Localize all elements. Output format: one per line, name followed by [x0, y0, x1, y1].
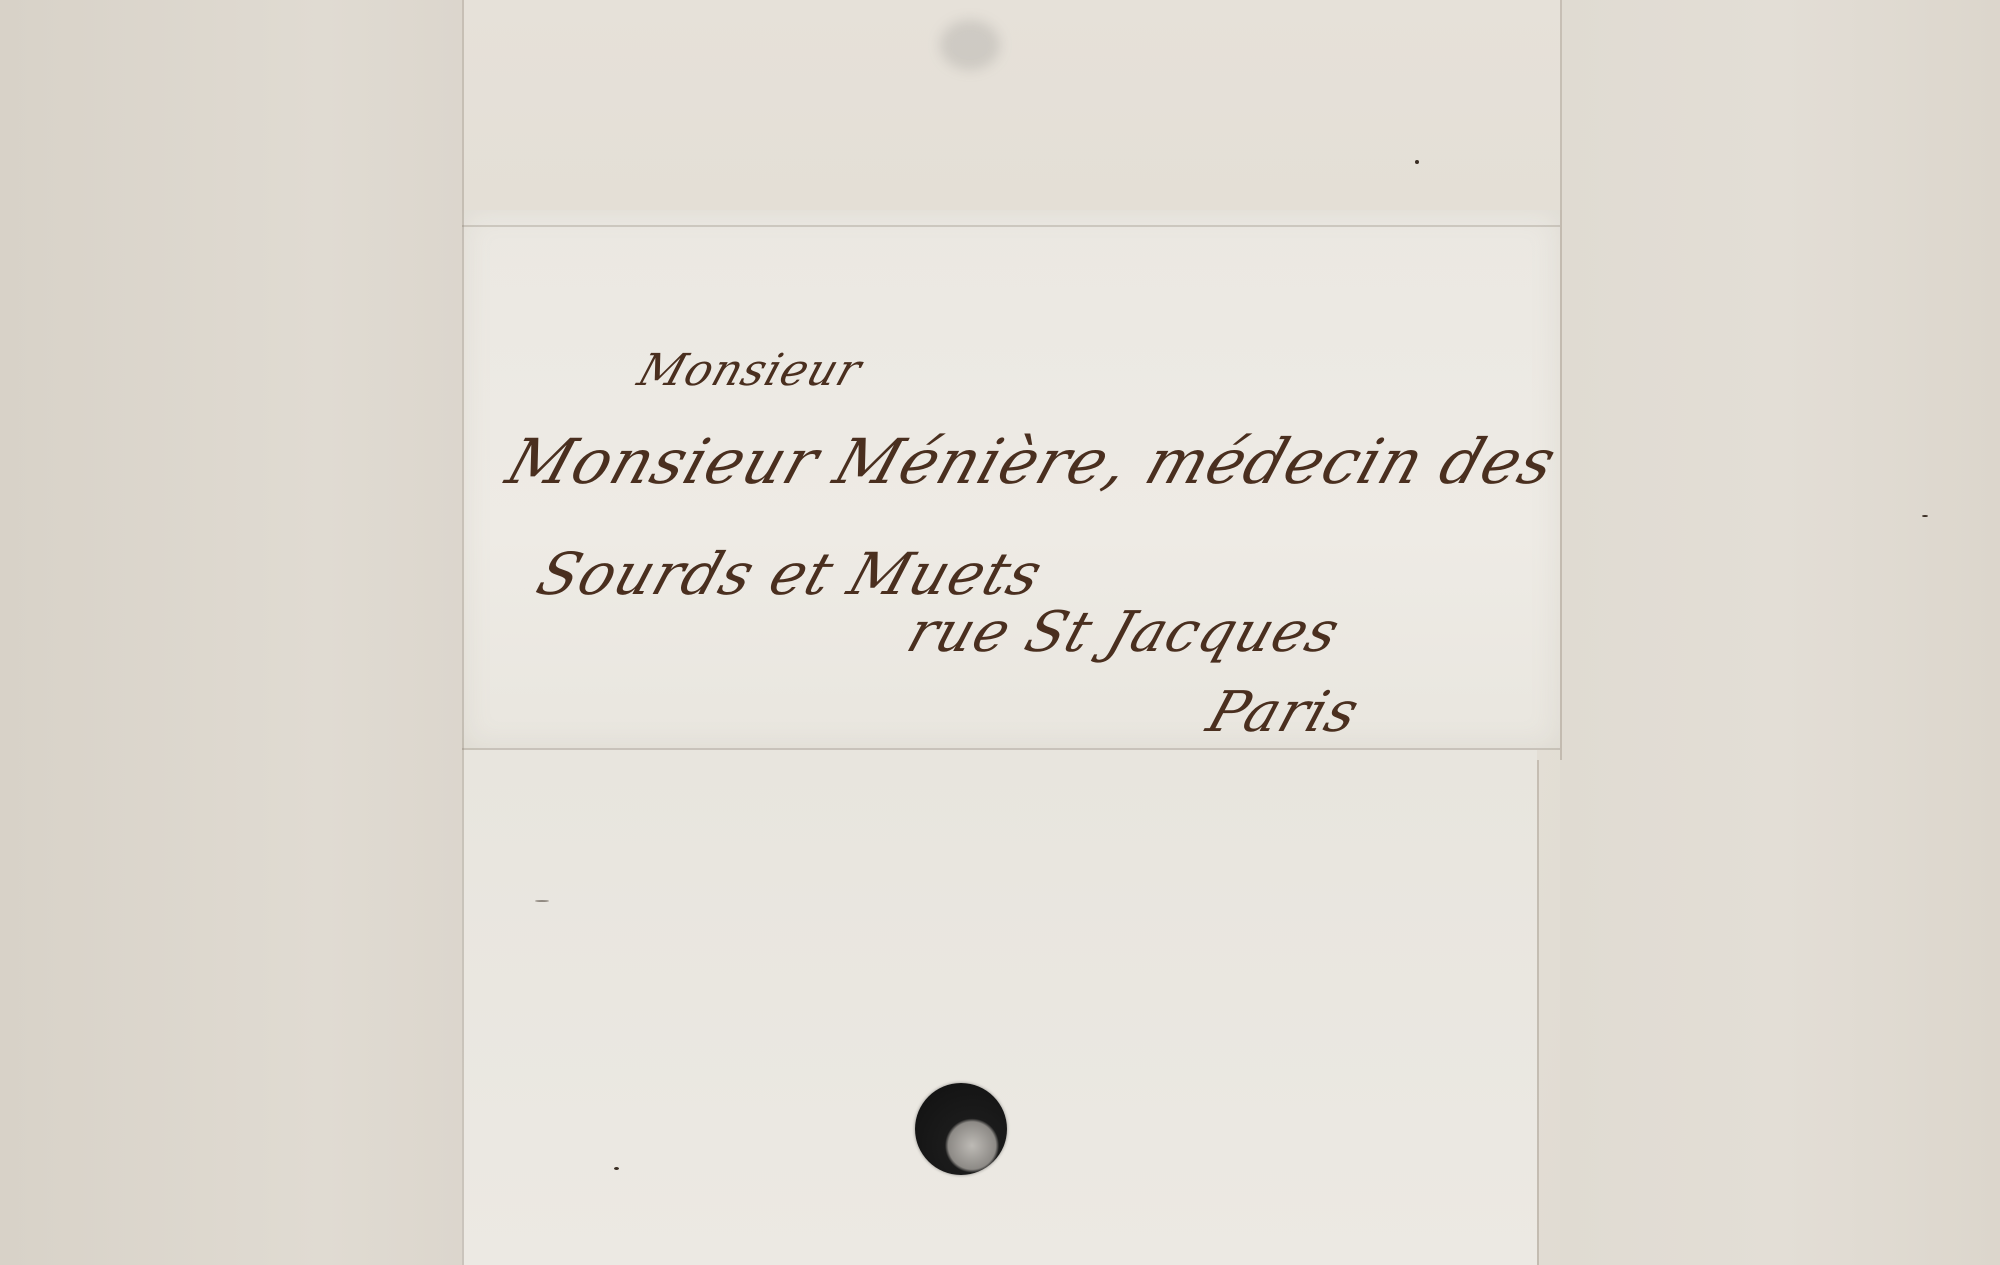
city-line: Paris	[1199, 680, 1367, 745]
street-line: rue St Jacques	[899, 600, 1348, 665]
speck	[1922, 515, 1928, 517]
fold-line-top	[462, 225, 1560, 227]
fold-line-bottom	[462, 748, 1560, 750]
wax-seal	[915, 1083, 1007, 1175]
salutation: Monsieur	[632, 345, 869, 396]
speck	[1415, 160, 1419, 164]
institution-line: Sourds et Muets	[529, 540, 1051, 608]
letter-paper: Monsieur Monsieur Ménière, médecin des S…	[0, 0, 2000, 1265]
ink-smudge	[940, 20, 1000, 70]
fold-line-left	[462, 0, 464, 1265]
speck	[535, 900, 549, 902]
top-flap	[462, 0, 1562, 210]
speck	[614, 1167, 619, 1170]
lower-panel	[462, 750, 1537, 1265]
right-flap	[1560, 0, 2000, 1265]
left-flap	[0, 0, 462, 1265]
fold-line-right-lower	[1537, 760, 1539, 1265]
recipient-line: Monsieur Ménière, médecin des	[498, 425, 1566, 498]
fold-line-right	[1560, 0, 1562, 760]
